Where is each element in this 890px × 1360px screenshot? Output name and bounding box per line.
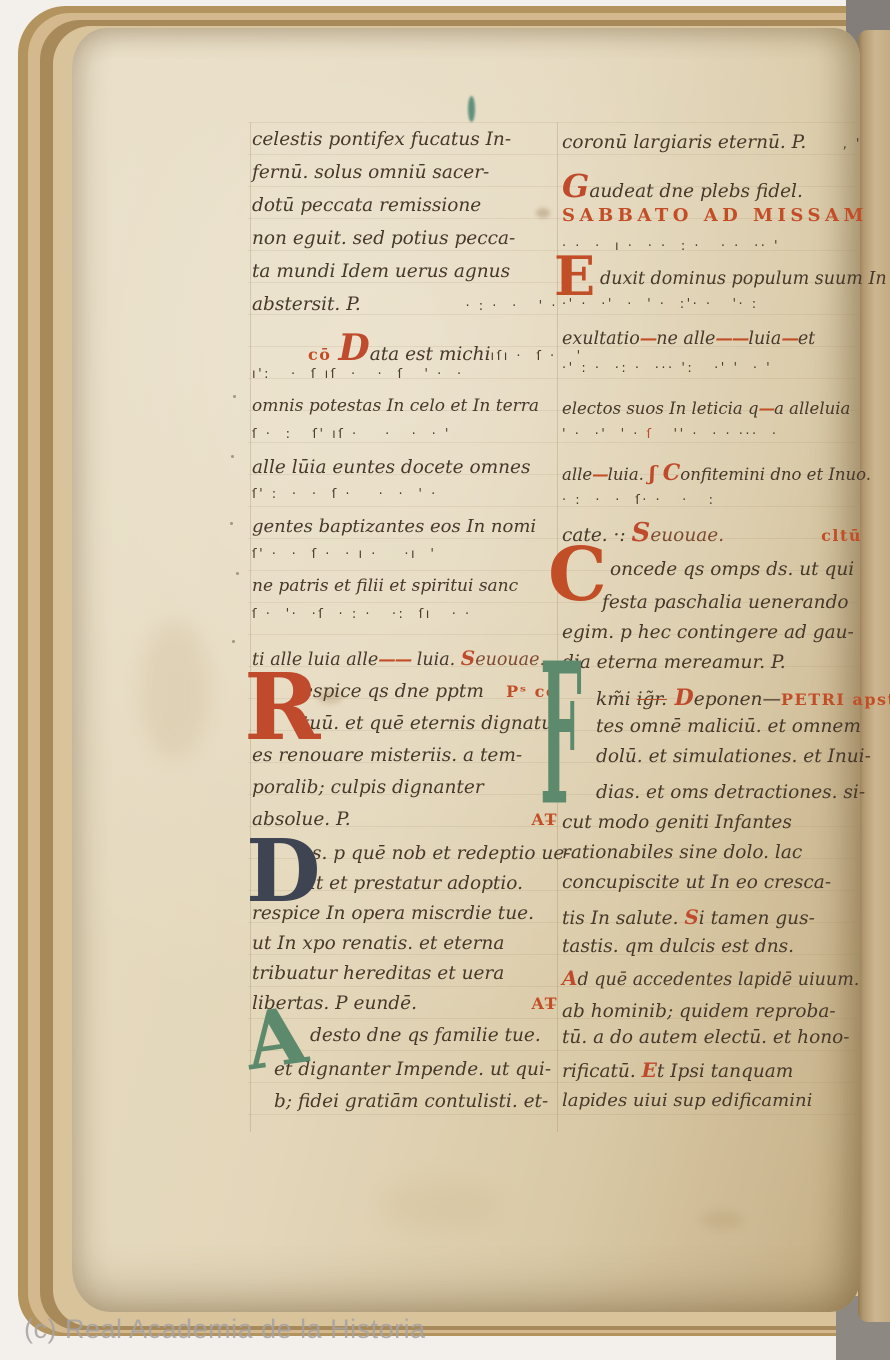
text-segment: lapides uiui sup edificamini xyxy=(562,1092,812,1111)
text-segment: eponen— xyxy=(694,690,781,709)
manuscript-line: fernū. solus omniū sacer- xyxy=(252,163,558,196)
text-segment: S xyxy=(461,648,475,669)
manuscript-line: electos suos In leticia q—a alleluia xyxy=(562,400,862,428)
manuscript-line: dia eterna mereamur. P. xyxy=(562,653,862,687)
manuscript-line: omnis potestas In celo et In terra xyxy=(252,398,558,428)
text-segment: dolū. et simulationes. et Inui- xyxy=(596,747,871,766)
text-segment: abstersit. P. xyxy=(252,295,361,314)
text-segment: E xyxy=(642,1060,657,1081)
text-segment: onfitemini dno et Inuo. xyxy=(680,466,871,483)
manuscript-line: abstersit. P.· : · · ' · xyxy=(252,295,558,330)
manuscript-line: · · · ı · · · : · · · ·· ' xyxy=(562,240,862,270)
manuscript-line: ta mundi Idem uerus agnus xyxy=(252,262,558,295)
text-segment: cut modo geniti Infantes xyxy=(562,813,792,832)
text-segment: a alleluia xyxy=(774,400,850,417)
text-segment: rificatū. xyxy=(562,1062,642,1081)
manuscript-line: concupiscite ut In eo cresca- xyxy=(562,873,862,907)
text-segment: luia. xyxy=(411,651,461,669)
manuscript-line: duxit dominus populum suum In xyxy=(562,270,862,298)
manuscript-line: ' · ·' ' · ſ '' · · · ··· · xyxy=(562,428,862,462)
initial-C-concede: C xyxy=(548,547,607,605)
manuscript-line: ı': · ſ ıſ · · ſ ' · · xyxy=(252,368,558,398)
text-segment: b; fidei gratiām contulisti. et- xyxy=(274,1092,548,1111)
text-segment: omnis potestas In celo et In terra xyxy=(252,398,539,416)
text-segment: · : · · ſ· · · : xyxy=(562,494,715,508)
prick-mark xyxy=(236,572,239,575)
text-segment: oncede qs omps ds. ut qui xyxy=(610,560,854,579)
text-segment: duxit dominus populum suum In xyxy=(600,270,887,288)
manuscript-line: ſ' · · ſ · · ı · ·ı ' xyxy=(252,548,558,578)
text-segment: t Ipsi tanquam xyxy=(657,1062,793,1081)
text-segment: ſ · '· ·ſ · : · ·: ſı · · xyxy=(252,608,472,622)
text-segment: ı': · ſ ıſ · · ſ ' · · xyxy=(252,368,464,382)
manuscript-line: dias. et oms detractiones. si- xyxy=(562,783,862,813)
text-segment: ·' : · ·: · ··· ': ·' ' · ' xyxy=(562,362,772,376)
text-segment: — xyxy=(640,330,657,348)
manuscript-line: ſ · : ſ' ıſ · · · · ' xyxy=(252,428,558,458)
manuscript-line: egim. p hec contingere ad gau- xyxy=(562,623,862,653)
text-segment: dotū peccata remissione xyxy=(252,196,481,215)
rubric-sabbato-ad-missam: SABBATO AD MISSAM xyxy=(562,207,868,226)
ruling-vertical-left xyxy=(250,122,251,1132)
text-segment: audeat dne plebs fidel. xyxy=(589,182,803,201)
text-segment: alle xyxy=(562,466,592,483)
manuscript-line: rationabiles sine dolo. lac xyxy=(562,843,862,873)
text-segment: fernū. solus omniū sacer- xyxy=(252,163,489,182)
manuscript-line: tastis. qm dulcis est dns. xyxy=(562,937,862,968)
text-segment: coronū largiaris eternū. P. xyxy=(562,133,806,152)
text-segment: tū. a do autem electū. et hono- xyxy=(562,1028,850,1047)
text-segment: ' · ·' ' · xyxy=(562,428,640,442)
text-segment: celestis pontifex fucatus In- xyxy=(252,130,511,149)
text-column-right: ECFcoronū largiaris eternū. P.‚ 'Gaudeat… xyxy=(562,133,862,1124)
text-segment: festa paschalia uenerando xyxy=(602,593,849,612)
manuscript-line: tes omnē maliciū. et omnem xyxy=(562,717,862,747)
manuscript-line: tis In salute. Si tamen gus- xyxy=(562,907,862,937)
manuscript-line: ſ' : · · ſ · · · ' · xyxy=(252,488,558,518)
text-segment: alle lūia euntes docete omnes xyxy=(252,458,530,477)
manuscript-line: exultatio—ne alle——luia—et xyxy=(562,330,862,362)
manuscript-line: b; fidei gratiām contulisti. et- xyxy=(252,1092,558,1124)
manuscript-line: non eguit. sed potius pecca- xyxy=(252,229,558,262)
text-segment: ſ xyxy=(640,428,654,442)
text-segment: — xyxy=(592,466,608,483)
manuscript-line: km̃i ig̃r. Deponen—PETRI apstī xyxy=(562,687,862,717)
text-segment: dias. et oms detractiones. si- xyxy=(596,783,865,802)
text-segment: et dignanter Impende. ut qui- xyxy=(274,1060,551,1079)
manuscript-line: dotū peccata remissione xyxy=(252,196,558,229)
text-segment: — xyxy=(759,400,775,417)
prick-mark xyxy=(233,395,236,398)
text-segment: ig̃r. xyxy=(637,690,667,709)
text-segment: — xyxy=(781,330,798,348)
text-segment: ne patris et filii et spiritui sanc xyxy=(252,578,518,596)
initial-G-gaudeat: G xyxy=(562,170,589,204)
text-segment: s. p quē nob et redeptio ue- xyxy=(312,844,571,863)
manuscript-line: Ad quē accedentes lapidē uiuum. xyxy=(562,968,862,1002)
text-segment: ſ' · · ſ · · ı · ·ı ' xyxy=(252,548,436,562)
text-segment: ʃ xyxy=(649,463,663,484)
manuscript-line: ab hominib; quidem reproba- xyxy=(562,1002,862,1028)
manuscript-line: celestis pontifex fucatus In- xyxy=(252,130,558,163)
text-segment: ſ · : ſ' ıſ · · · · ' xyxy=(252,428,451,442)
text-segment: nit et prestatur adoptio. xyxy=(298,874,523,893)
manuscript-line: Gaudeat dne plebs fidel. xyxy=(562,170,862,207)
text-segment: S xyxy=(684,907,698,928)
text-segment: '' · · · ··· · xyxy=(654,428,779,442)
text-segment: luia xyxy=(748,330,781,348)
prick-mark xyxy=(232,640,235,643)
text-segment: poralib; culpis dignanter xyxy=(252,778,484,797)
text-segment: ab hominib; quidem reproba- xyxy=(562,1002,836,1021)
initial-F-epistle: F xyxy=(540,661,582,813)
initial-E-eduxit: E xyxy=(554,255,595,297)
text-segment: C xyxy=(663,462,681,485)
text-segment: tis In salute. xyxy=(562,909,684,928)
text-segment: exultatio xyxy=(562,330,640,348)
text-segment: egim. p hec contingere ad gau- xyxy=(562,623,854,642)
text-segment: concupiscite ut In eo cresca- xyxy=(562,873,831,892)
manuscript-line: ne patris et filii et spiritui sanc xyxy=(252,578,558,608)
manuscript-line: alle—luia. ʃ Confitemini dno et Inuo. xyxy=(562,462,862,494)
text-segment: ſ' : · · ſ · · · ' · xyxy=(252,488,438,502)
manuscript-line: ut In xpo renatis. et eterna xyxy=(252,934,558,964)
text-segment: ut In xpo renatis. et eterna xyxy=(252,934,504,953)
text-segment: cltū xyxy=(821,528,862,545)
text-segment: euouae. xyxy=(650,526,724,545)
text-segment: tes omnē maliciū. et omnem xyxy=(596,717,861,736)
manuscript-line: lapides uiui sup edificamini xyxy=(562,1092,862,1124)
manuscript-line: ·' : · ·: · ··· ': ·' ' · ' xyxy=(562,362,862,400)
manuscript-line: cate. ·: Seuouae.cltū xyxy=(562,520,862,560)
manuscript-line: oncede qs omps ds. ut qui xyxy=(562,560,862,593)
manuscript-line: coronū largiaris eternū. P.‚ ' xyxy=(562,133,862,170)
text-segment: euouae. xyxy=(475,651,545,669)
text-segment: ata est michi xyxy=(370,345,491,364)
text-segment: AT̶ xyxy=(532,996,558,1013)
manuscript-line: gentes baptizantes eos In nomi xyxy=(252,518,558,548)
text-segment: tuū. et quē eternis dignatus xyxy=(302,714,563,733)
text-segment: ne alle xyxy=(656,330,715,348)
manuscript-line: dolū. et simulationes. et Inui- xyxy=(562,747,862,783)
text-segment: d quē accedentes lapidē uiuum. xyxy=(578,971,860,989)
rubric-petri-apostoli: PETRI apstī xyxy=(781,692,890,709)
text-segment: · : · · ' · xyxy=(465,300,558,314)
text-segment: tribuatur hereditas et uera xyxy=(252,964,504,983)
manuscript-photo: RDAcelestis pontifex fucatus In-fernū. s… xyxy=(0,0,890,1360)
manuscript-line: rificatū. Et Ipsi tanquam xyxy=(562,1060,862,1092)
text-segment: A xyxy=(562,968,578,989)
text-column-left: RDAcelestis pontifex fucatus In-fernū. s… xyxy=(252,130,558,1124)
text-segment: —— xyxy=(378,651,411,669)
initial-D-data: D xyxy=(338,330,369,368)
manuscript-line: ·' · ·' · ' · :'· · '· : xyxy=(562,298,862,330)
text-segment: cō xyxy=(308,347,338,364)
prick-mark xyxy=(231,455,234,458)
text-segment: ‚ ' xyxy=(843,138,862,152)
text-segment: —— xyxy=(715,330,748,348)
text-segment: electos suos In leticia q xyxy=(562,400,759,417)
text-segment: luia. xyxy=(608,466,650,483)
copyright-watermark: (c) Real Academia de la Historia xyxy=(24,1314,426,1345)
manuscript-line: cō Data est michiıſı · ſ · ' xyxy=(252,330,558,368)
initial-A-adesto: A xyxy=(242,1006,310,1075)
manuscript-line: ſ · '· ·ſ · : · ·: ſı · · xyxy=(252,608,558,648)
manuscript-line: tū. a do autem electū. et hono- xyxy=(562,1028,862,1060)
initial-R-respice: R xyxy=(244,672,320,744)
manuscript-line: alle lūia euntes docete omnes xyxy=(252,458,558,488)
initial-D-deus: D xyxy=(246,838,321,905)
text-segment: ta mundi Idem uerus agnus xyxy=(252,262,510,281)
text-segment: gentes baptizantes eos In nomi xyxy=(252,518,536,537)
text-segment: S xyxy=(632,520,651,547)
manuscript-line: poralib; culpis dignanter xyxy=(252,778,558,810)
text-segment: i tamen gus- xyxy=(699,909,815,928)
text-segment: tastis. qm dulcis est dns. xyxy=(562,937,794,956)
text-segment: dia eterna mereamur. P. xyxy=(562,653,786,672)
manuscript-line: SABBATO AD MISSAM xyxy=(562,207,862,240)
text-segment: espice qs dne pptm xyxy=(302,682,484,701)
manuscript-line: cut modo geniti Infantes xyxy=(562,813,862,843)
text-segment: D xyxy=(667,687,694,710)
prick-mark xyxy=(230,522,233,525)
text-segment: et xyxy=(798,330,815,348)
text-segment: rationabiles sine dolo. lac xyxy=(562,843,802,862)
manuscript-line: festa paschalia uenerando xyxy=(562,593,862,623)
manuscript-line: · : · · ſ· · · : xyxy=(562,494,862,520)
text-segment: non eguit. sed potius pecca- xyxy=(252,229,515,248)
text-segment: desto dne qs familie tue. xyxy=(310,1026,541,1045)
text-segment: km̃i xyxy=(596,690,637,709)
